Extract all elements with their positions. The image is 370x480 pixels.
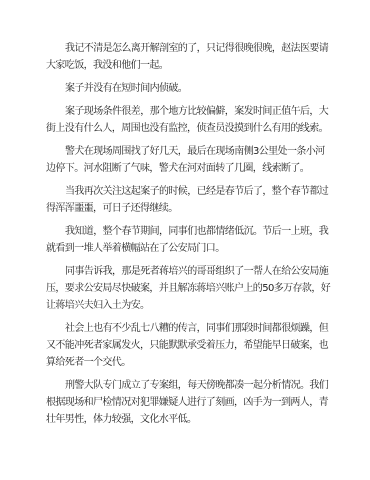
text-line: 社会上也有不少乱七八糟的传言，同事们那段时间都很烦躁，但 [46, 320, 320, 337]
text-line: 就看到一堆人举着横幅站在了公安局门口。 [46, 240, 320, 257]
paragraph-5: 当我再次关注这起案子的时候，已经是春节后了，整个春节都过 得浑浑噩噩，可日子还得… [46, 183, 320, 217]
text-line: 边停下。河水阻断了气味，警犬在河对面转了几圈，线索断了。 [46, 160, 320, 177]
text-line: 算给死者一个交代。 [46, 354, 320, 371]
paragraph-1: 我记不清是怎么离开解剖室的了，只记得很晚很晚，赵法医要请 大家吃饭，我没和他们一… [46, 40, 320, 74]
paragraph-2: 案子并没有在短时间内侦破。 [46, 80, 320, 97]
paragraph-9: 刑警大队专门成立了专案组，每天傍晚都凑一起分析情况。我们 根据现场和尸检情况对犯… [46, 377, 320, 428]
paragraph-4: 警犬在现场周围找了好几天，最后在现场南侧3公里处一条小河 边停下。河水阻断了气味… [46, 143, 320, 177]
text-line: 壮年男性，体力较强，文化水平低。 [46, 411, 320, 428]
text-line: 案子现场条件很差，那个地方比较偏僻，案发时间正值午后，大 [46, 103, 320, 120]
document-page: 我记不清是怎么离开解剖室的了，只记得很晚很晚，赵法医要请 大家吃饭，我没和他们一… [0, 0, 370, 480]
paragraph-8: 社会上也有不少乱七八糟的传言，同事们那段时间都很烦躁，但 又不能冲死者家属发火，… [46, 320, 320, 371]
text-line: 同事告诉我，那是死者蒋培兴的哥哥组织了一帮人在给公安局施 [46, 263, 320, 280]
text-line: 街上没有什么人，周围也没有监控，侦查员没摸到什么有用的线索。 [46, 120, 320, 137]
text-line: 当我再次关注这起案子的时候，已经是春节后了，整个春节都过 [46, 183, 320, 200]
text-line: 大家吃饭，我没和他们一起。 [46, 57, 320, 74]
text-line: 压，要求公安局尽快破案，并且解冻蒋培兴账户上的50多万存款，好 [46, 280, 320, 297]
text-line: 案子并没有在短时间内侦破。 [46, 80, 320, 97]
paragraph-3: 案子现场条件很差，那个地方比较偏僻，案发时间正值午后，大 街上没有什么人，周围也… [46, 103, 320, 137]
paragraph-7: 同事告诉我，那是死者蒋培兴的哥哥组织了一帮人在给公安局施 压，要求公安局尽快破案… [46, 263, 320, 314]
text-line: 我记不清是怎么离开解剖室的了，只记得很晚很晚，赵法医要请 [46, 40, 320, 57]
text-line: 刑警大队专门成立了专案组，每天傍晚都凑一起分析情况。我们 [46, 377, 320, 394]
text-line: 我知道，整个春节期间，同事们也都情绪低沉。节后一上班，我 [46, 223, 320, 240]
text-line: 得浑浑噩噩，可日子还得继续。 [46, 200, 320, 217]
text-line: 让蒋培兴夫妇入土为安。 [46, 297, 320, 314]
paragraph-6: 我知道，整个春节期间，同事们也都情绪低沉。节后一上班，我 就看到一堆人举着横幅站… [46, 223, 320, 257]
text-line: 警犬在现场周围找了好几天，最后在现场南侧3公里处一条小河 [46, 143, 320, 160]
text-line: 又不能冲死者家属发火，只能默默承受着压力，希望能早日破案，也 [46, 337, 320, 354]
text-line: 根据现场和尸检情况对犯罪嫌疑人进行了刻画，凶手为一到两人，青 [46, 394, 320, 411]
